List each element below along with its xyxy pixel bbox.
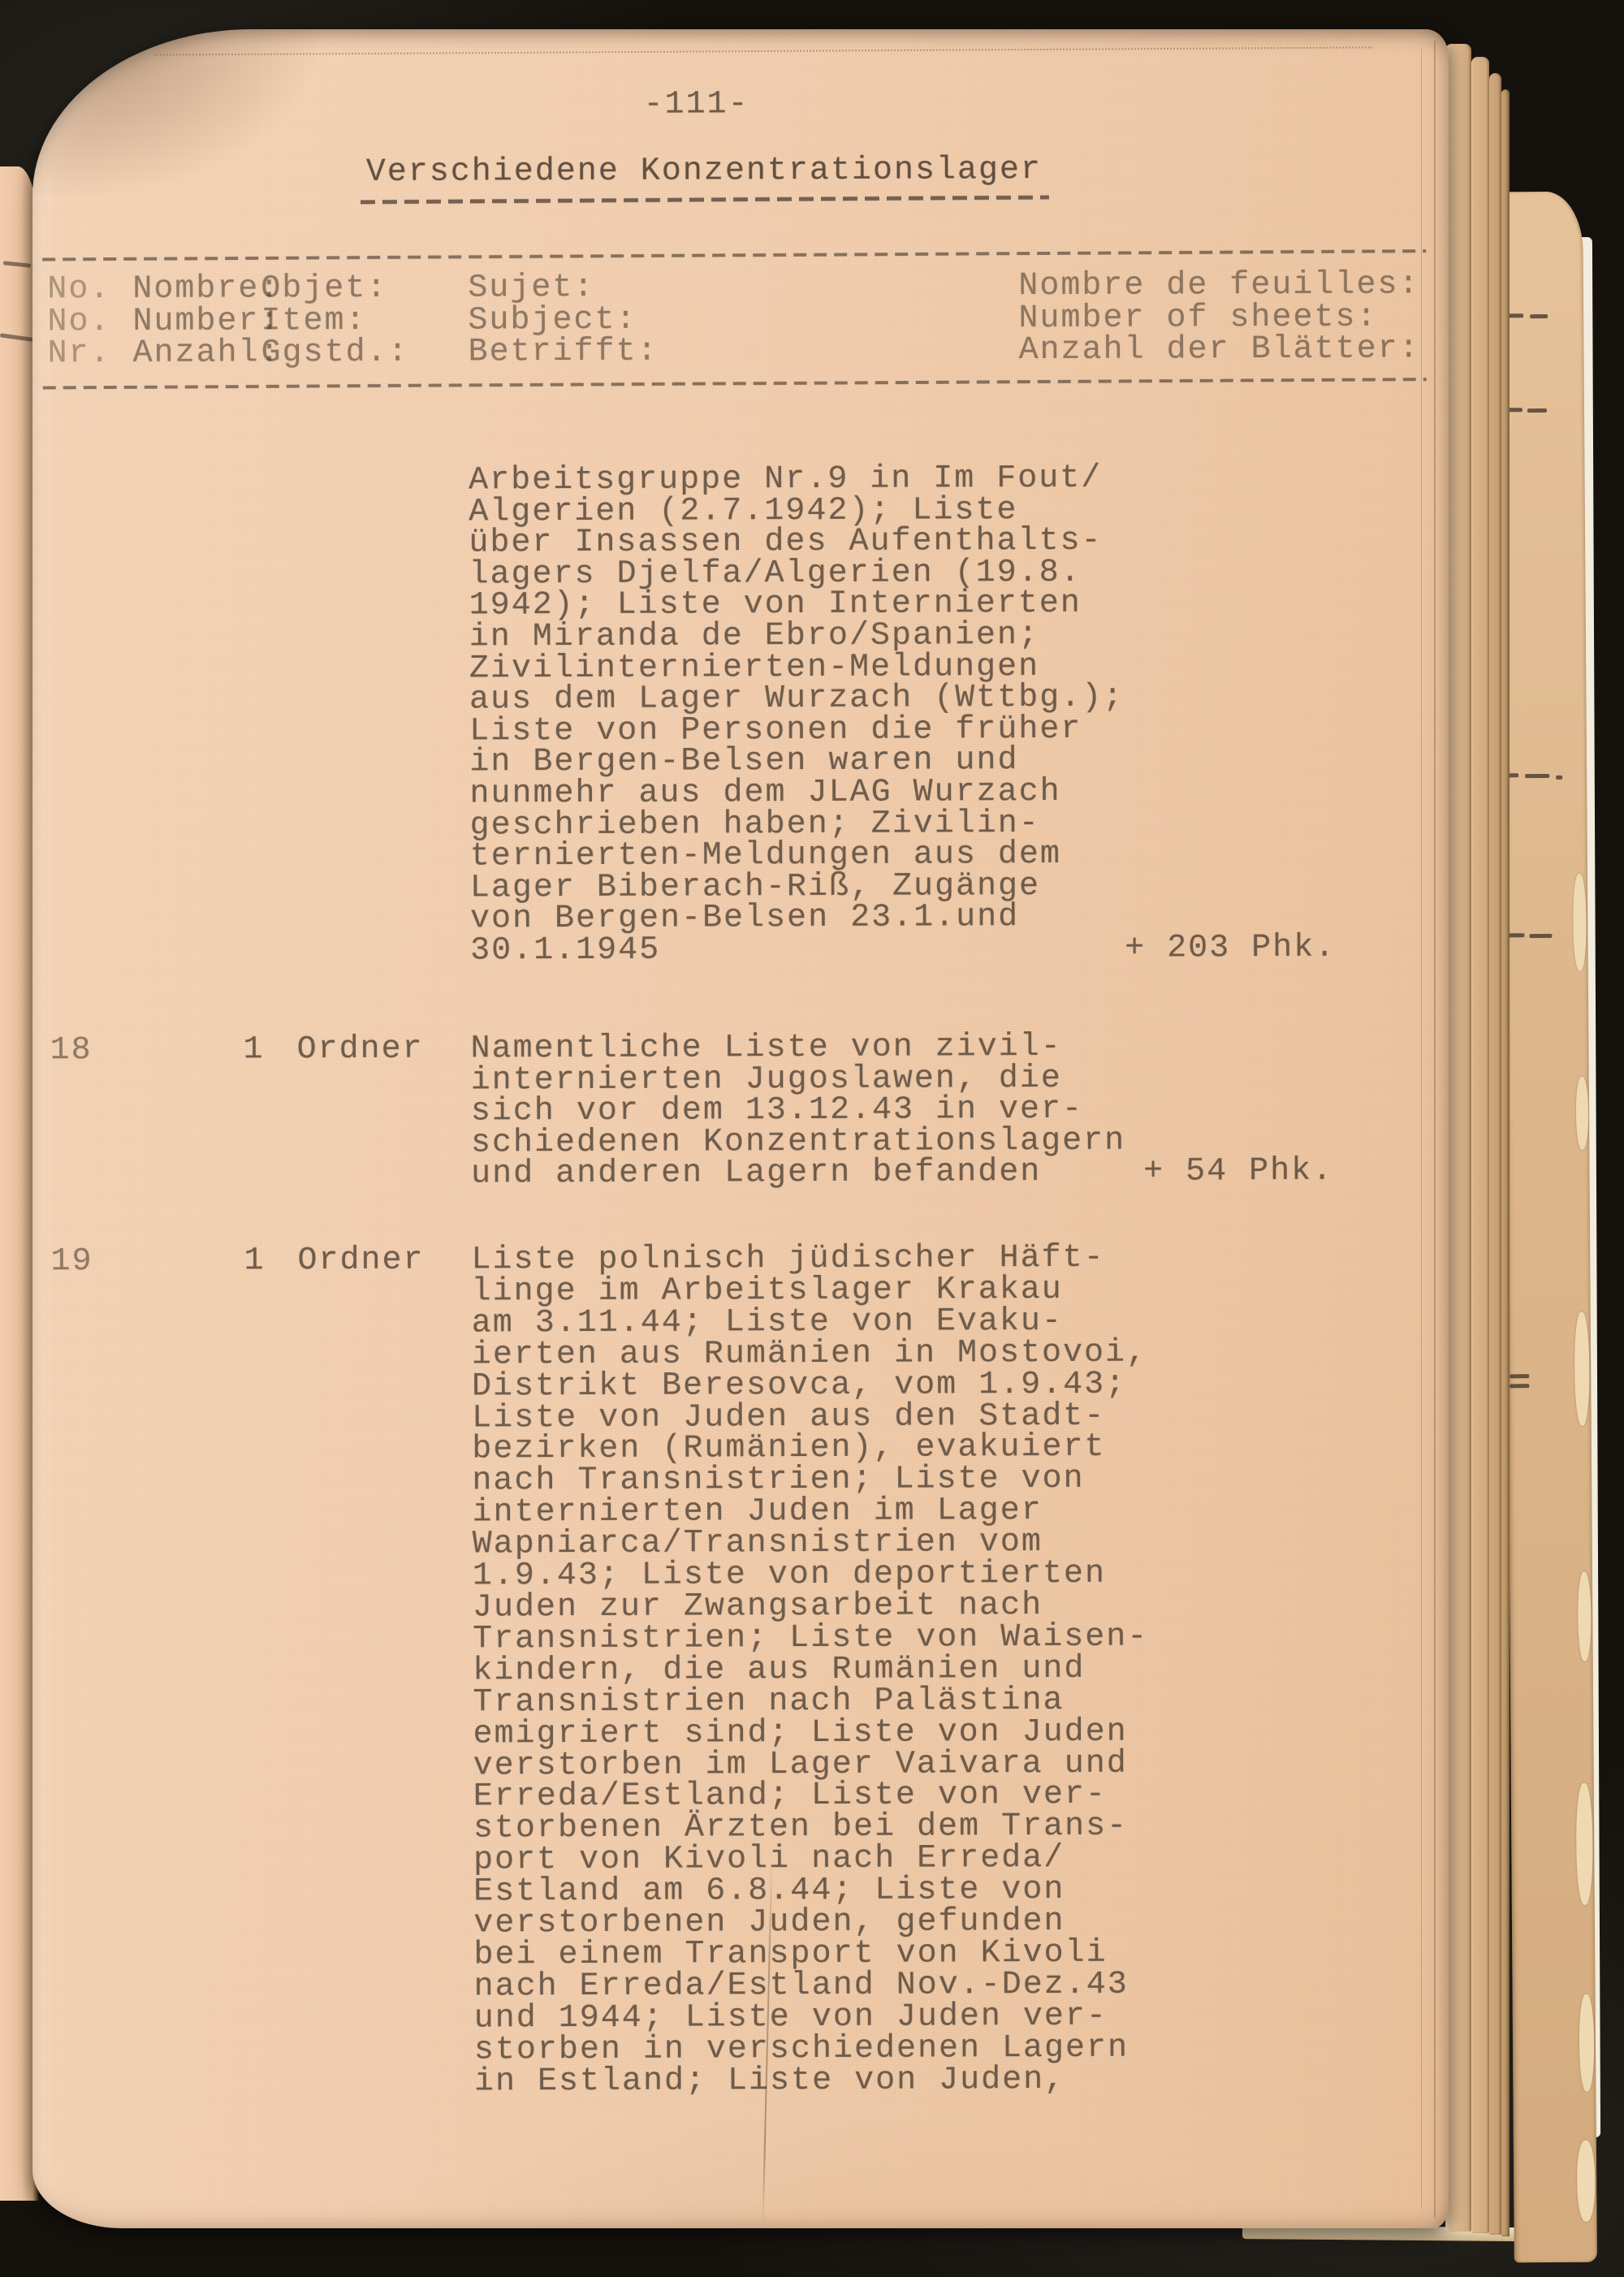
entry-18-item-type: Ordner — [297, 1035, 424, 1066]
entry-continuation-sheet-count: + 203 Phk. — [1125, 933, 1336, 966]
entry-19-number: 19 — [50, 1247, 93, 1278]
typewritten-content: -111- Verschiedene Konzentrationslager N… — [0, 0, 1624, 2277]
entry-19-quantity: 1 — [244, 1246, 265, 1277]
entry-19-text: Liste polnisch jüdischer Häft-linge im A… — [471, 1243, 1150, 2098]
table-header-rule-top — [42, 249, 1426, 261]
entry-18-quantity: 1 — [244, 1035, 265, 1066]
entry-19-item-type: Ordner — [297, 1246, 424, 1277]
entry-18-text: Namentliche Liste von zivil-internierten… — [471, 1032, 1126, 1191]
column-header-subject: Sujet:Subject:Betrifft: — [468, 272, 658, 369]
entry-18-number: 18 — [50, 1035, 93, 1067]
table-header-rule-bottom — [43, 378, 1427, 389]
scanned-archive-photo: { "document": { "page_number": "-111-", … — [0, 0, 1624, 2277]
page-title: Verschiedene Konzentrationslager — [366, 155, 1042, 188]
column-header-item: Objet:Item:Ggstd.: — [261, 273, 408, 369]
title-underline — [361, 195, 1049, 204]
page-number: -111- — [643, 89, 749, 121]
column-header-sheets: Nombre de feuilles:Number of sheets:Anza… — [1018, 269, 1419, 367]
entry-continuation-text: Arbeitsgruppe Nr.9 in Im Fout/Algerien (… — [469, 464, 1125, 967]
column-header-quantity: Nombre:Number:Anzahl: — [132, 273, 280, 369]
column-header-no: No.No.Nr. — [47, 274, 110, 370]
entry-18-sheet-count: + 54 Phk. — [1143, 1156, 1333, 1188]
